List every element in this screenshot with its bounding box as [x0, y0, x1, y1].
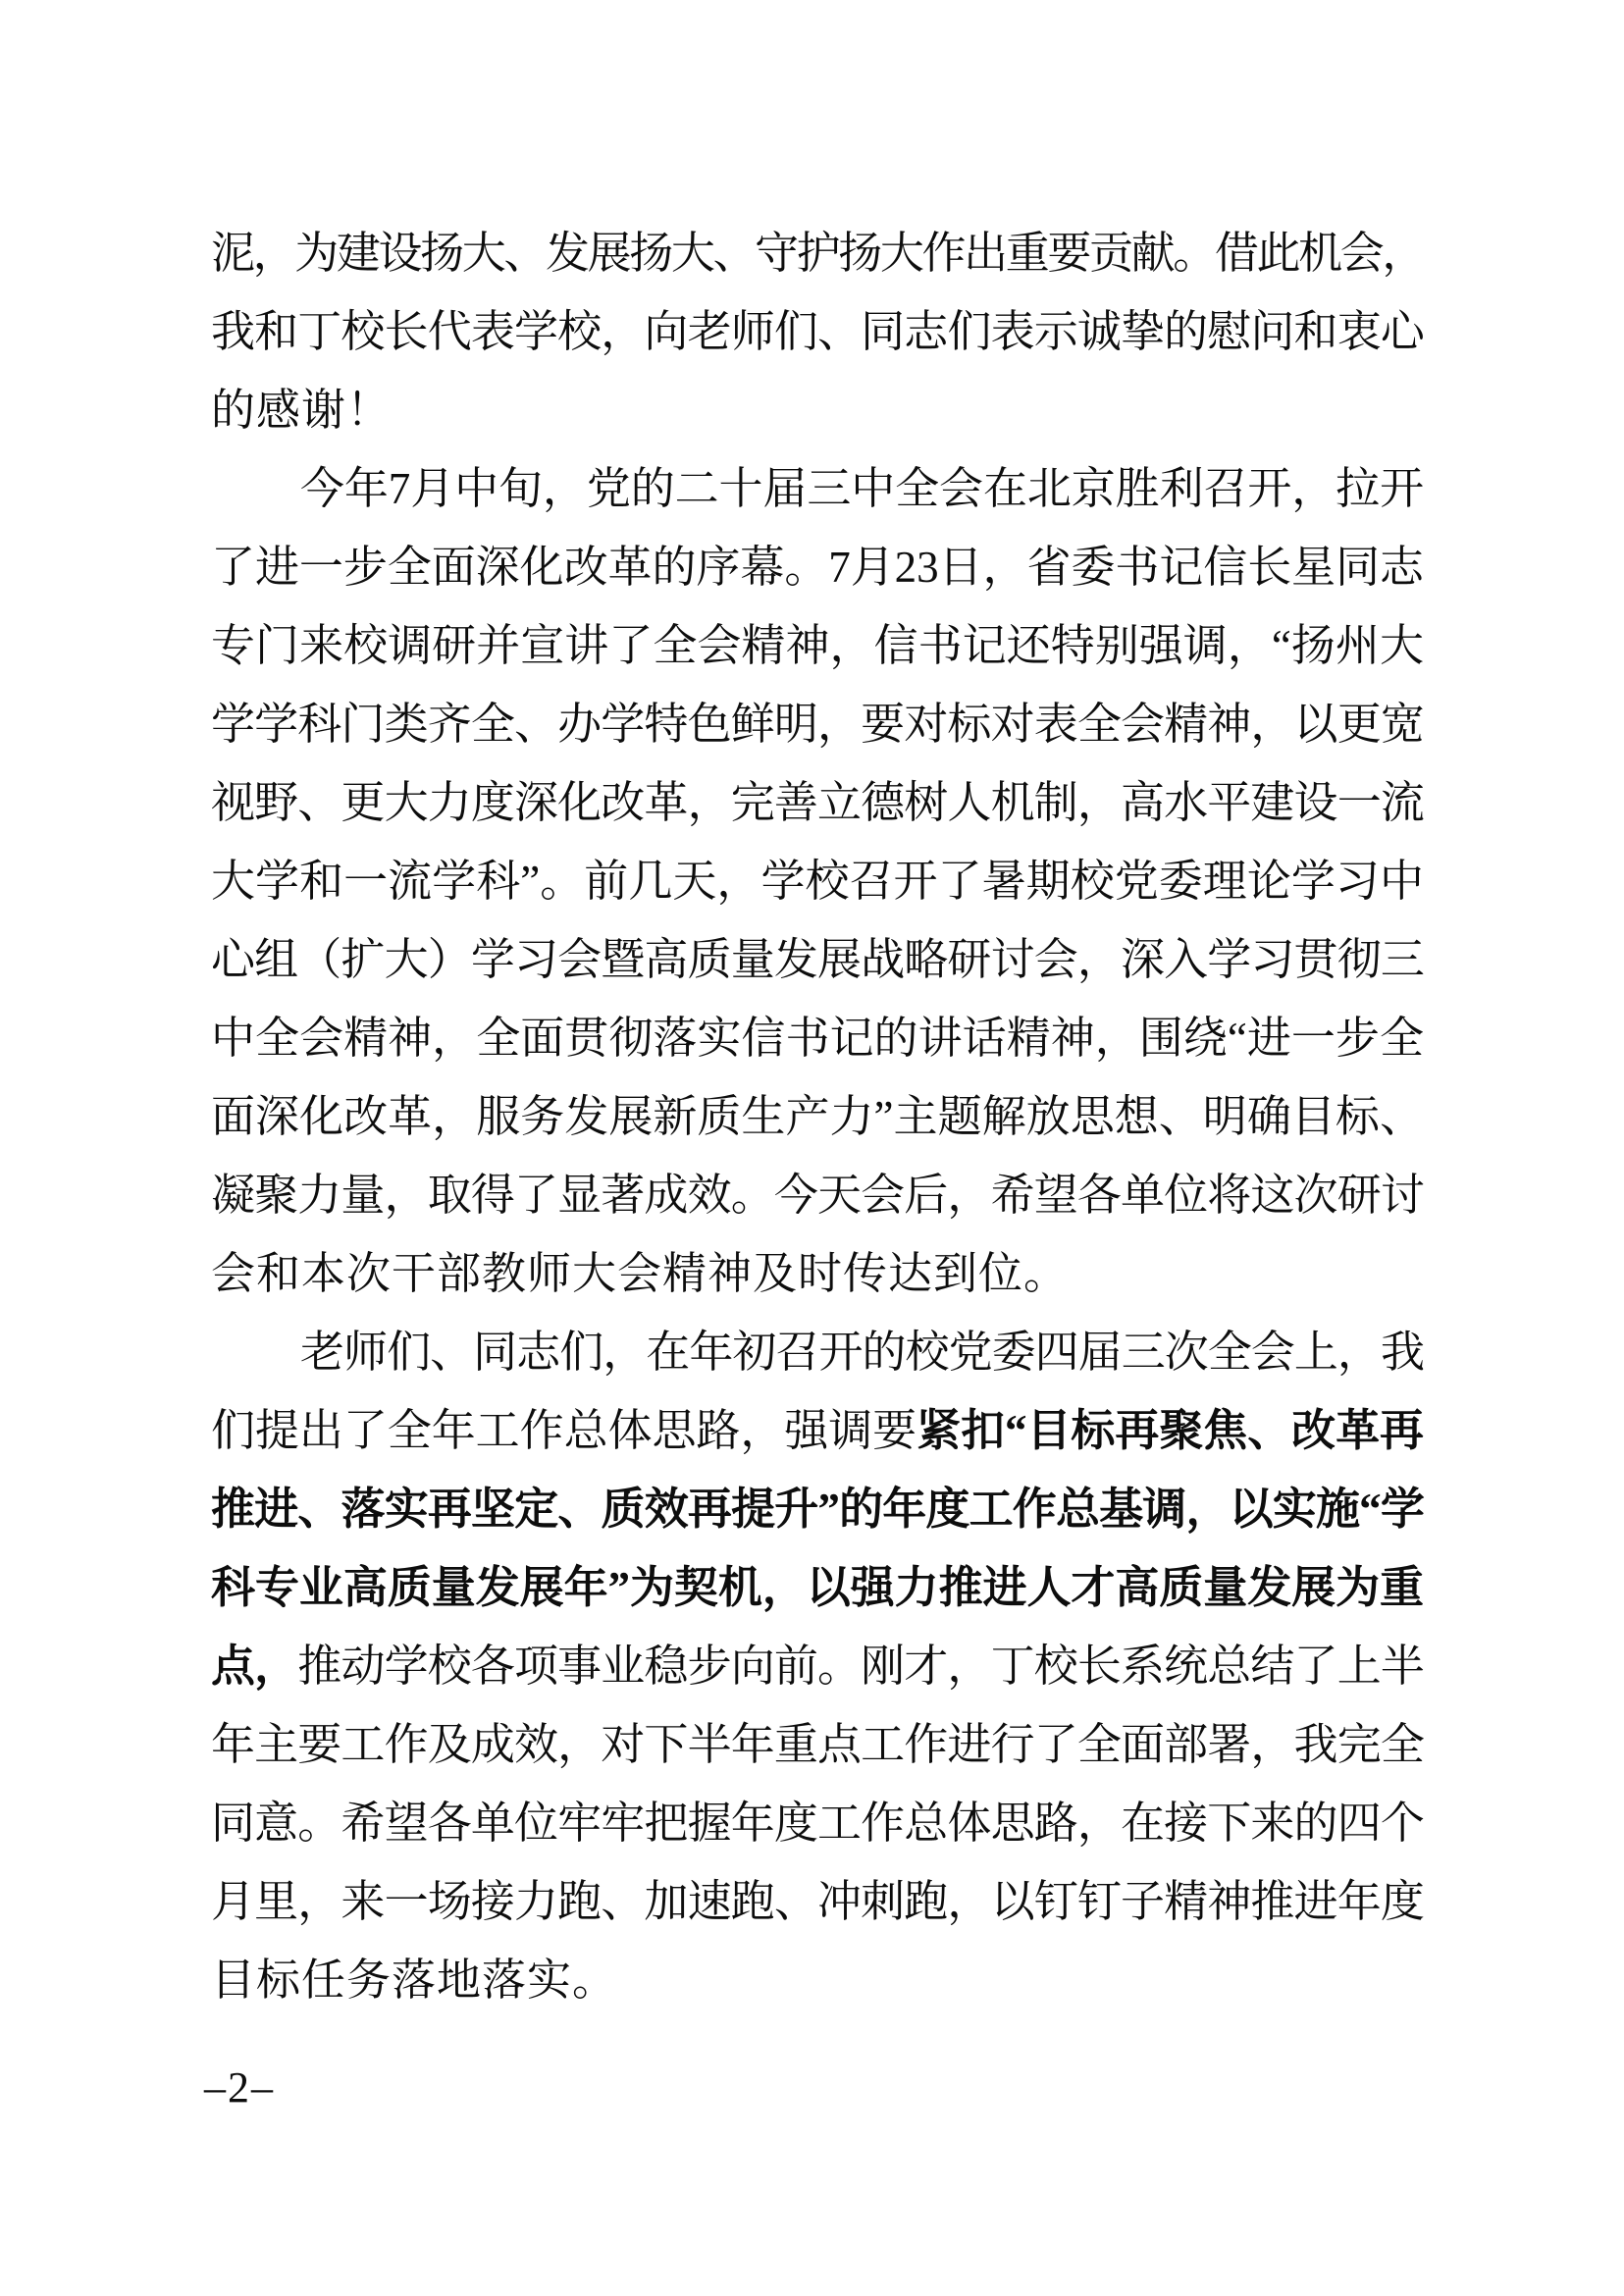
text-line: 视野、更大力度深化改革，完善立德树人机制，高水平建设一流	[211, 763, 1424, 842]
text-segment: 会和本次干部教师大会精神及时传达到位。	[211, 1249, 1069, 1298]
text-line: 目标任务落地落实。	[211, 1941, 1424, 2019]
text-segment: 心组（扩大）学习会暨高质量发展战略研讨会，深入学习贯彻三	[211, 935, 1424, 984]
text-line: 了进一步全面深化改革的序幕。7月23日，省委书记信长星同志	[211, 528, 1424, 606]
text-segment-bold: 科专业高质量发展年”为契机，以强力推进人才高质量发展为重	[211, 1563, 1424, 1612]
text-segment: 年主要工作及成效，对下半年重点工作进行了全面部署，我完全	[211, 1720, 1424, 1769]
text-segment: 学学科门类齐全、办学特色鲜明，要对标对表全会精神，以更宽	[211, 700, 1424, 749]
text-segment-bold: 紧扣“目标再聚焦、改革再	[917, 1406, 1424, 1455]
text-line: 科专业高质量发展年”为契机，以强力推进人才高质量发展为重	[211, 1548, 1424, 1627]
text-segment: 同意。希望各单位牢牢把握年度工作总体思路，在接下来的四个	[211, 1799, 1424, 1848]
text-line: 心组（扩大）学习会暨高质量发展战略研讨会，深入学习贯彻三	[211, 920, 1424, 999]
text-segment: 的感谢！	[211, 386, 392, 435]
text-segment: 了进一步全面深化改革的序幕。7月23日，省委书记信长星同志	[211, 543, 1424, 592]
page-number: –2–	[204, 2059, 275, 2117]
text-line: 大学和一流学科”。前几天，学校召开了暑期校党委理论学习中	[211, 842, 1424, 920]
text-line: 面深化改革，服务发展新质生产力”主题解放思想、明确目标、	[211, 1077, 1424, 1156]
text-line: 中全会精神，全面贯彻落实信书记的讲话精神，围绕“进一步全	[211, 999, 1424, 1077]
document-body: 泥，为建设扬大、发展扬大、守护扬大作出重要贡献。借此机会，我和丁校长代表学校，向…	[211, 214, 1424, 2019]
text-segment-bold: 点，	[211, 1642, 297, 1691]
text-segment: 中全会精神，全面贯彻落实信书记的讲话精神，围绕“进一步全	[211, 1014, 1424, 1063]
text-segment-bold: 推进、落实再坚定、质效再提升”的年度工作总基调，以实施“学	[211, 1485, 1424, 1534]
text-line: 同意。希望各单位牢牢把握年度工作总体思路，在接下来的四个	[211, 1784, 1424, 1862]
text-segment: 今年7月中旬，党的二十届三中全会在北京胜利召开，拉开	[300, 464, 1424, 513]
text-line: 的感谢！	[211, 371, 1424, 449]
text-segment: 们提出了全年工作总体思路，强调要	[211, 1406, 917, 1455]
text-line: 学学科门类齐全、办学特色鲜明，要对标对表全会精神，以更宽	[211, 685, 1424, 763]
text-segment: 我和丁校长代表学校，向老师们、同志们表示诚挚的慰问和衷心	[211, 307, 1424, 356]
page: 泥，为建设扬大、发展扬大、守护扬大作出重要贡献。借此机会，我和丁校长代表学校，向…	[0, 0, 1624, 2296]
text-line: 今年7月中旬，党的二十届三中全会在北京胜利召开，拉开	[211, 449, 1424, 528]
text-line: 点，推动学校各项事业稳步向前。刚才，丁校长系统总结了上半	[211, 1627, 1424, 1705]
text-segment: 推动学校各项事业稳步向前。刚才，丁校长系统总结了上半	[297, 1642, 1424, 1691]
text-segment: 视野、更大力度深化改革，完善立德树人机制，高水平建设一流	[211, 778, 1424, 827]
text-segment: 专门来校调研并宣讲了全会精神，信书记还特别强调，“扬州大	[211, 621, 1424, 670]
text-segment: 大学和一流学科”。前几天，学校召开了暑期校党委理论学习中	[211, 857, 1424, 906]
text-line: 年主要工作及成效，对下半年重点工作进行了全面部署，我完全	[211, 1705, 1424, 1784]
text-segment: 凝聚力量，取得了显著成效。今天会后，希望各单位将这次研讨	[211, 1171, 1424, 1220]
text-segment: 面深化改革，服务发展新质生产力”主题解放思想、明确目标、	[211, 1092, 1424, 1141]
text-segment: 目标任务落地落实。	[211, 1956, 617, 2005]
text-segment: 月里，来一场接力跑、加速跑、冲刺跑，以钉钉子精神推进年度	[211, 1877, 1424, 1926]
text-segment: 泥，为建设扬大、发展扬大、守护扬大作出重要贡献。借此机会，	[211, 229, 1424, 278]
text-segment: 老师们、同志们，在年初召开的校党委四届三次全会上，我	[300, 1328, 1424, 1377]
text-line: 推进、落实再坚定、质效再提升”的年度工作总基调，以实施“学	[211, 1470, 1424, 1548]
text-line: 专门来校调研并宣讲了全会精神，信书记还特别强调，“扬州大	[211, 606, 1424, 685]
text-line: 老师们、同志们，在年初召开的校党委四届三次全会上，我	[211, 1313, 1424, 1391]
text-line: 泥，为建设扬大、发展扬大、守护扬大作出重要贡献。借此机会，	[211, 214, 1424, 292]
text-line: 我和丁校长代表学校，向老师们、同志们表示诚挚的慰问和衷心	[211, 292, 1424, 371]
text-line: 们提出了全年工作总体思路，强调要紧扣“目标再聚焦、改革再	[211, 1391, 1424, 1470]
text-line: 月里，来一场接力跑、加速跑、冲刺跑，以钉钉子精神推进年度	[211, 1862, 1424, 1941]
text-line: 会和本次干部教师大会精神及时传达到位。	[211, 1234, 1424, 1313]
text-line: 凝聚力量，取得了显著成效。今天会后，希望各单位将这次研讨	[211, 1156, 1424, 1234]
